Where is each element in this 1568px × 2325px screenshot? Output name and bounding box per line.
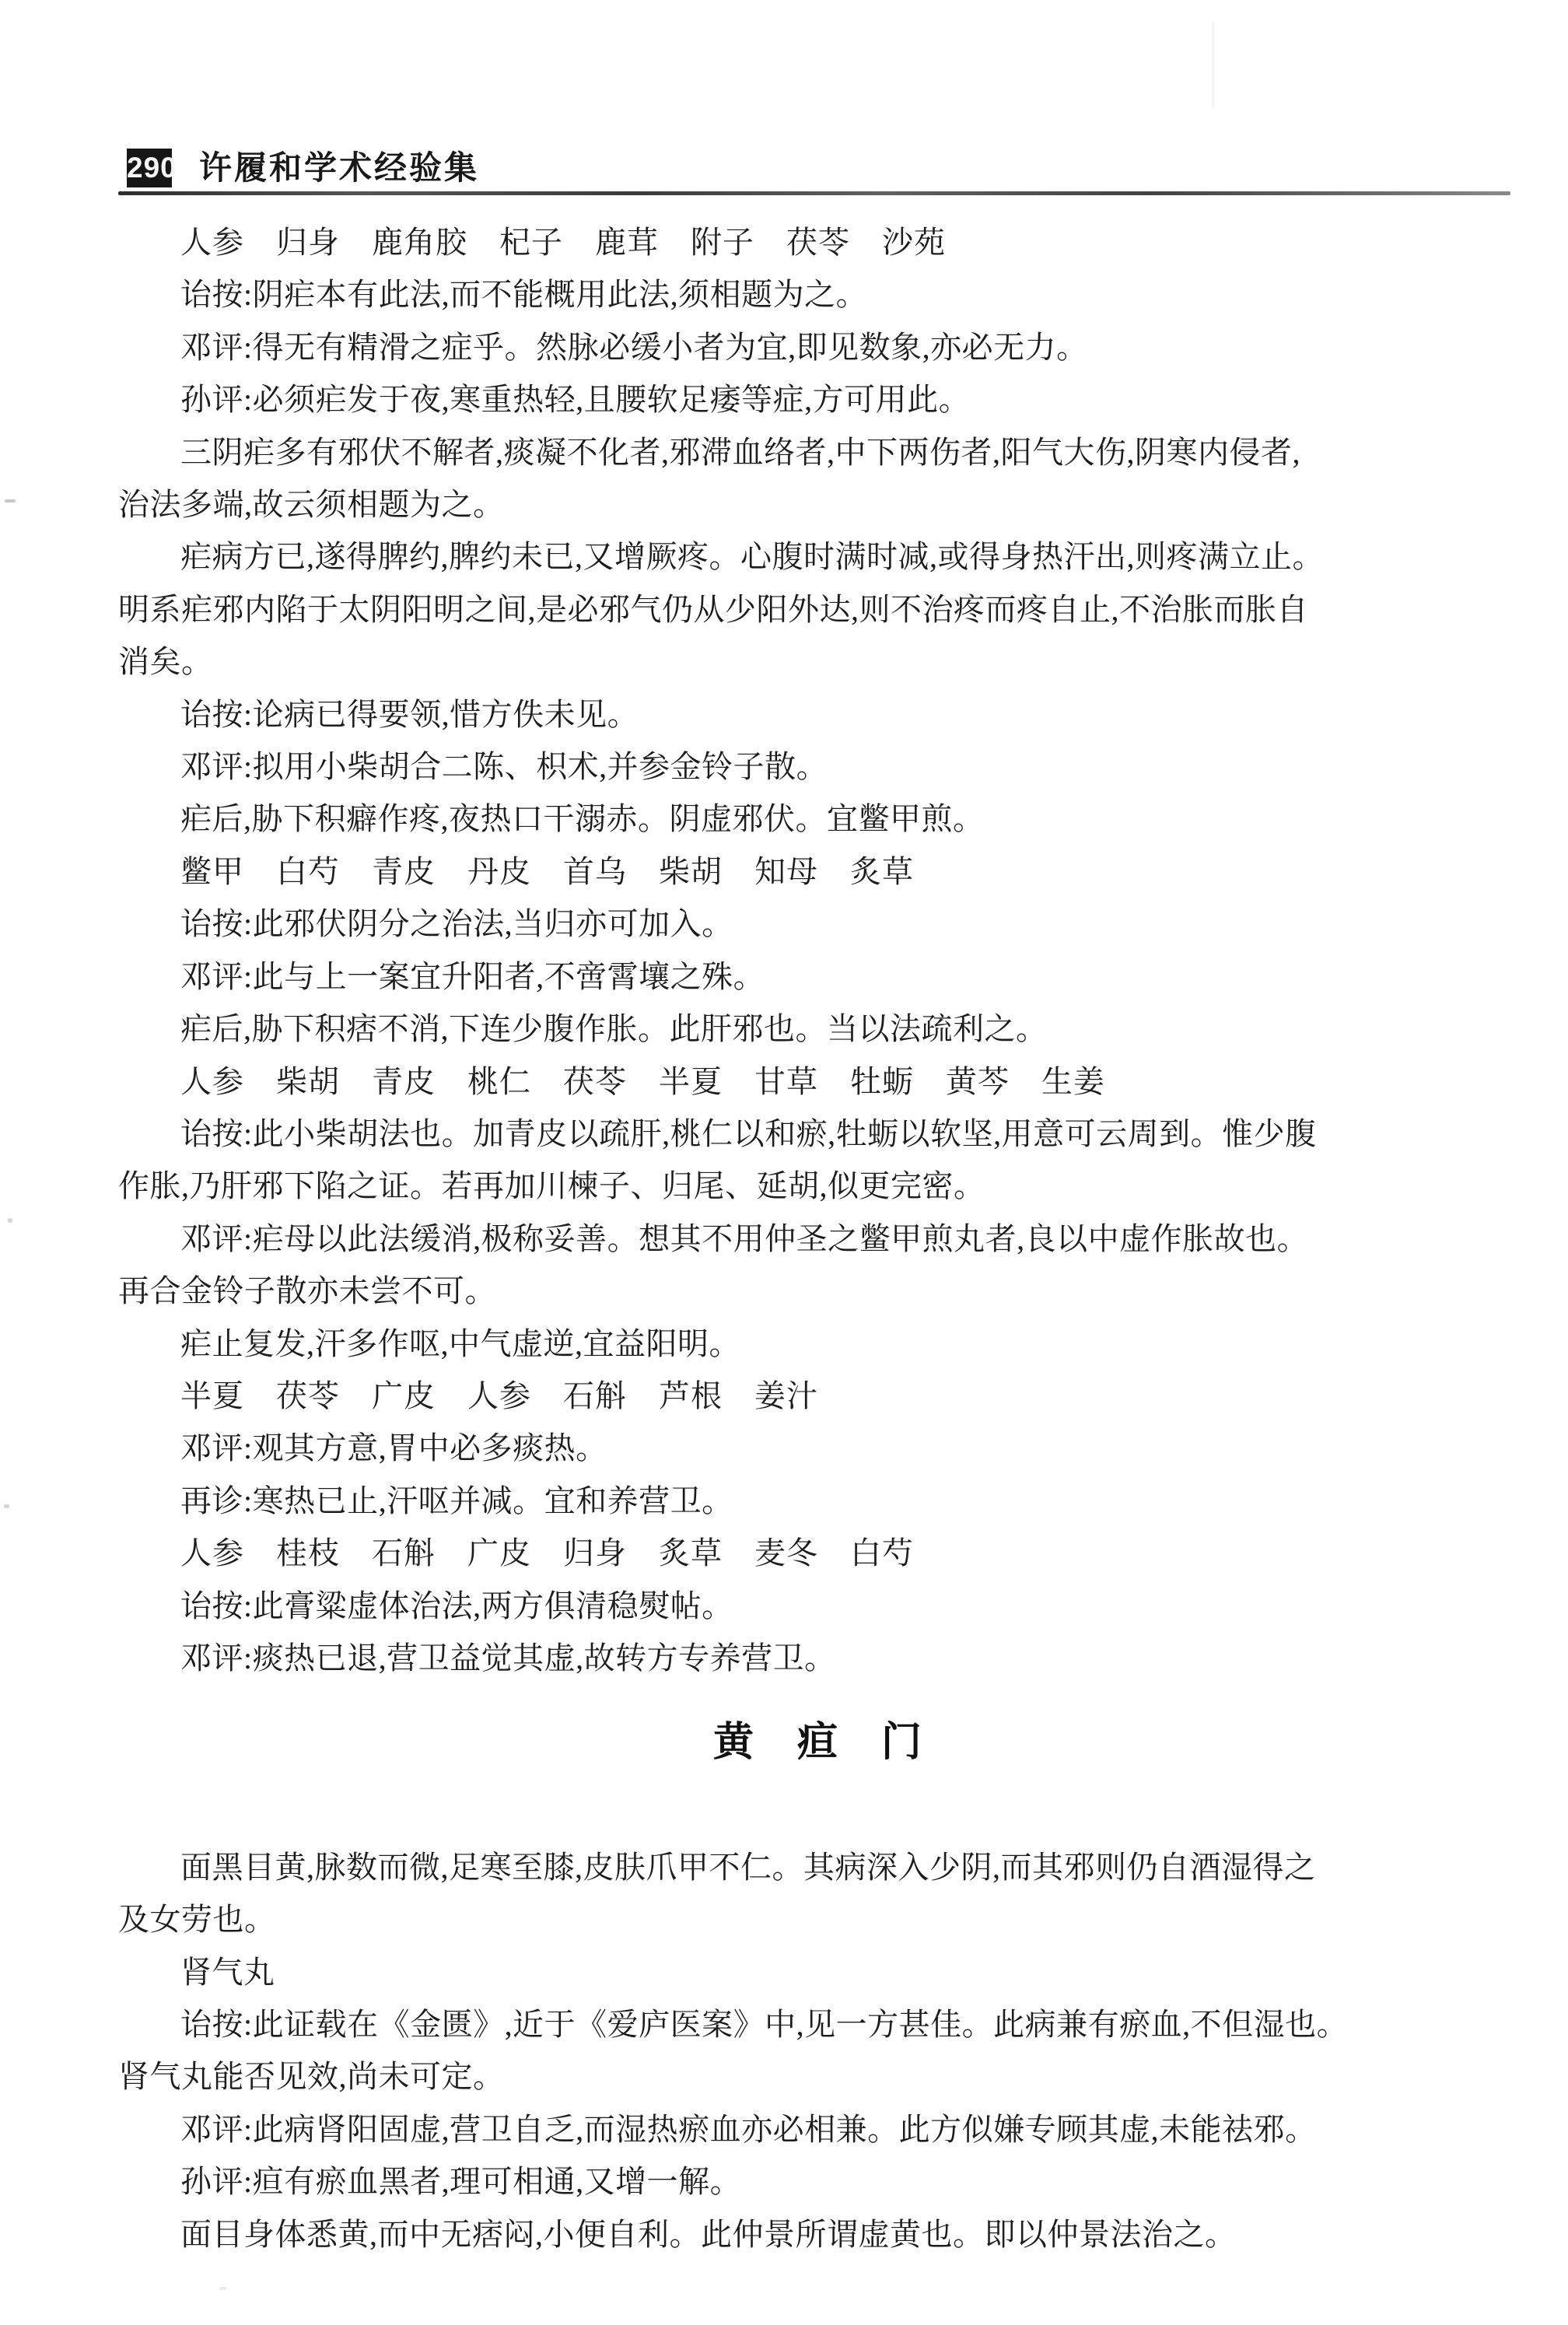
- text-line: 再合金铃子散亦未尝不可。: [118, 1265, 1518, 1317]
- text-line: 疟止复发,汗多作呕,中气虚逆,宜益阳明。: [118, 1318, 1518, 1370]
- text-line: 邓评:观其方意,胃中必多痰热。: [118, 1422, 1518, 1474]
- scan-speck: [5, 499, 16, 502]
- text-line: 邓评:拟用小柴胡合二陈、枳术,并参金铃子散。: [118, 741, 1518, 793]
- text-line: 疟后,胁下积痞不消,下连少腹作胀。此肝邪也。当以法疏利之。: [118, 1003, 1518, 1055]
- text-line: 疟后,胁下积癖作疼,夜热口干溺赤。阴虚邪伏。宜鳖甲煎。: [118, 793, 1518, 845]
- scan-speck: [1212, 22, 1214, 107]
- herb-list-line: 人参 柴胡 青皮 桃仁 茯苓 半夏 甘草 牡蛎 黄芩 生姜: [118, 1056, 1518, 1108]
- text-line: 治法多端,故云须相题为之。: [118, 478, 1518, 530]
- section-heading: 黄 疸 门: [118, 1684, 1518, 1840]
- text-line: 孙评:疸有瘀血黑者,理可相通,又增一解。: [118, 2155, 1518, 2208]
- text-line: 诒按:此邪伏阴分之治法,当归亦可加入。: [118, 898, 1518, 950]
- text-line: 孙评:必须疟发于夜,寒重热轻,且腰软足痿等症,方可用此。: [118, 373, 1518, 425]
- page-number-badge: 290: [127, 149, 172, 187]
- text-line: 消矣。: [118, 636, 1518, 688]
- book-title: 许履和学术经验集: [199, 149, 479, 187]
- scan-speck: [8, 1218, 12, 1223]
- header-rule: [118, 191, 1510, 195]
- text-line: 及女劳也。: [118, 1893, 1518, 1945]
- text-line: 再诊:寒热已止,汗呕并减。宜和养营卫。: [118, 1475, 1518, 1527]
- herb-list-line: 鳖甲 白芍 青皮 丹皮 首乌 柴胡 知母 炙草: [118, 846, 1518, 898]
- text-line: 诒按:阴疟本有此法,而不能概用此法,须相题为之。: [118, 268, 1518, 320]
- scan-speck: [4, 1504, 9, 1508]
- herb-list-line: 半夏 茯苓 广皮 人参 石斛 芦根 姜汁: [118, 1370, 1518, 1422]
- text-line: 邓评:得无有精滑之症乎。然脉必缓小者为宜,即见数象,亦必无力。: [118, 321, 1518, 373]
- text-line: 作胀,乃肝邪下陷之证。若再加川楝子、归尾、延胡,似更完密。: [118, 1160, 1518, 1212]
- text-line: 诒按:此膏粱虚体治法,两方俱清稳熨帖。: [118, 1580, 1518, 1632]
- text-line: 邓评:疟母以此法缓消,极称妥善。想其不用仲圣之鳖甲煎丸者,良以中虚作胀故也。: [118, 1213, 1518, 1265]
- text-line: 邓评:此病肾阳固虚,营卫自乏,而湿热瘀血亦必相兼。此方似嫌专顾其虚,未能祛邪。: [118, 2103, 1518, 2155]
- herb-list-line: 人参 归身 鹿角胶 杞子 鹿茸 附子 茯苓 沙苑: [118, 216, 1518, 268]
- text-line: 邓评:痰热已退,营卫益觉其虚,故转方专养营卫。: [118, 1632, 1518, 1684]
- text-line: 诒按:论病已得要领,惜方佚未见。: [118, 688, 1518, 741]
- herb-list-line: 人参 桂枝 石斛 广皮 归身 炙草 麦冬 白芍: [118, 1527, 1518, 1579]
- page-body: 人参 归身 鹿角胶 杞子 鹿茸 附子 茯苓 沙苑诒按:阴疟本有此法,而不能概用此…: [118, 216, 1518, 2260]
- text-line: 明系疟邪内陷于太阴阳明之间,是必邪气仍从少阳外达,则不治疼而疼自止,不治胀而胀自: [118, 583, 1518, 636]
- text-line: 邓评:此与上一案宜升阳者,不啻霄壤之殊。: [118, 951, 1518, 1003]
- text-line: 肾气丸: [118, 1946, 1518, 1998]
- book-page: 290 许履和学术经验集 人参 归身 鹿角胶 杞子 鹿茸 附子 茯苓 沙苑诒按:…: [0, 0, 1568, 2325]
- text-line: 面黑目黄,脉数而微,足寒至膝,皮肤爪甲不仁。其病深入少阴,而其邪则仍自酒湿得之: [118, 1841, 1518, 1893]
- text-line: 面目身体悉黄,而中无痞闷,小便自利。此仲景所谓虚黄也。即以仲景法治之。: [118, 2208, 1518, 2260]
- scan-speck: [219, 2287, 226, 2290]
- text-line: 诒按:此证载在《金匮》,近于《爱庐医案》中,见一方甚佳。此病兼有瘀血,不但湿也。: [118, 1998, 1518, 2050]
- text-line: 肾气丸能否见效,尚未可定。: [118, 2050, 1518, 2103]
- text-line: 疟病方已,遂得脾约,脾约未已,又增厥疼。心腹时满时减,或得身热汗出,则疼满立止。: [118, 530, 1518, 583]
- text-line: 诒按:此小柴胡法也。加青皮以疏肝,桃仁以和瘀,牡蛎以软坚,用意可云周到。惟少腹: [118, 1108, 1518, 1160]
- text-line: 三阴疟多有邪伏不解者,痰凝不化者,邪滞血络者,中下两伤者,阳气大伤,阴寒内侵者,: [118, 426, 1518, 478]
